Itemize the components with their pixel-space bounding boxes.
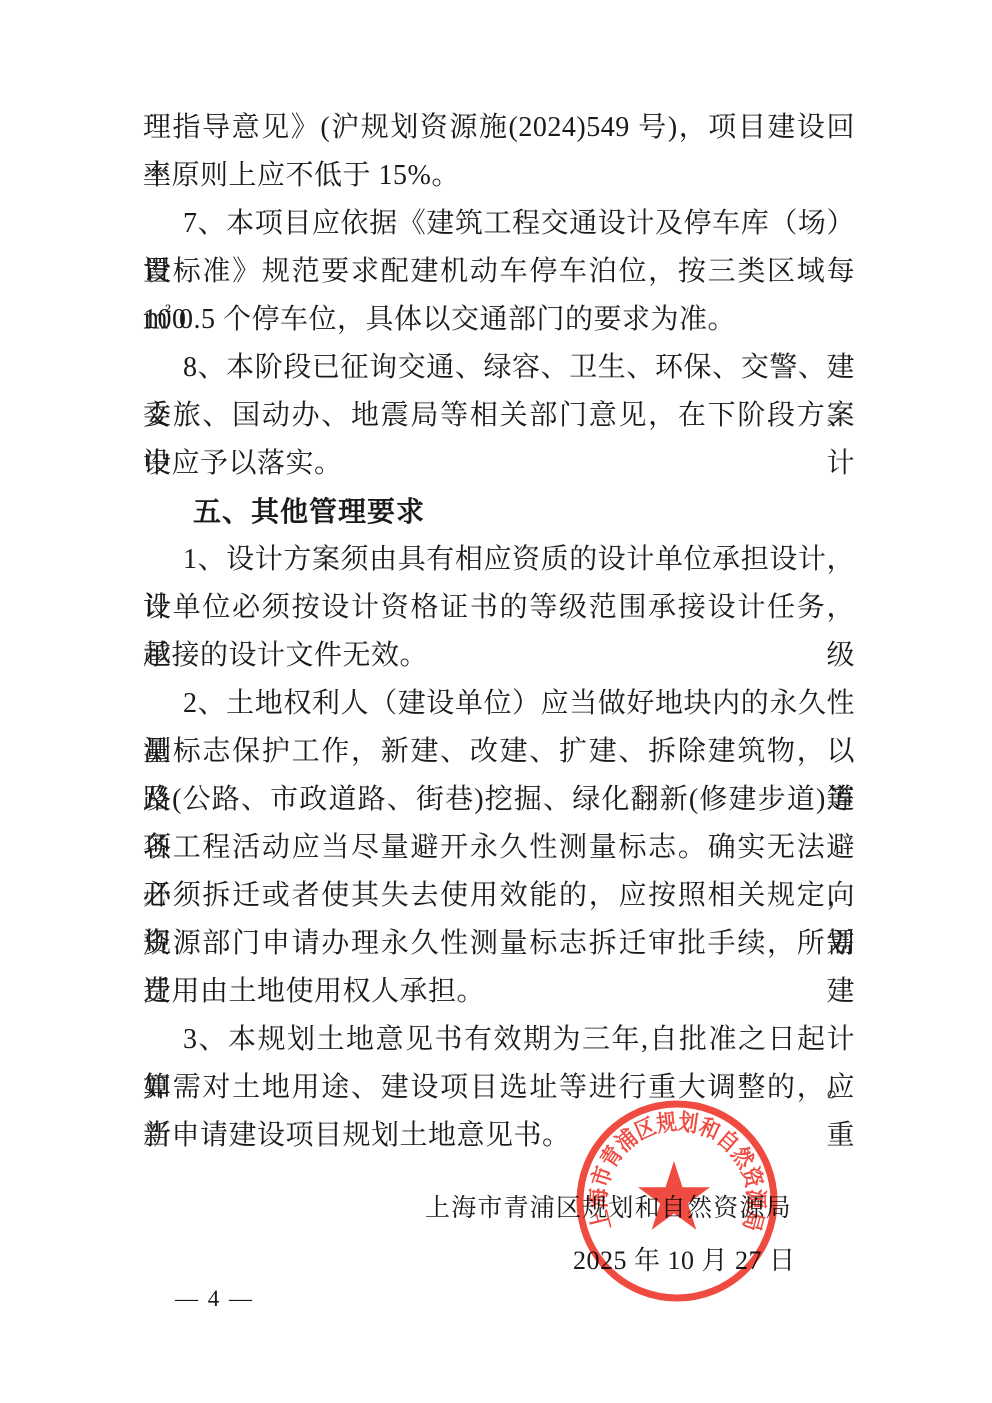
page-number: — 4 —	[175, 1286, 254, 1312]
body-line: 1、设计方案须由具有相应资质的设计单位承担设计，设	[143, 536, 855, 584]
body-line: 资源部门申请办理永久性测量标志拆迁审批手续，所需迁建	[143, 920, 855, 968]
body-line: 7、本项目应依据《建筑工程交通设计及停车库（场）设	[143, 200, 855, 248]
body-line: 计单位必须按设计资格证书的等级范围承接设计任务，越级	[143, 584, 855, 632]
page: { "document": { "lines": [ {"text": "理指导…	[0, 0, 992, 1403]
official-seal: 上海市青浦区规划和自然资源局	[569, 1093, 785, 1309]
body-line: 率原则上应不低于 15%。	[143, 152, 855, 200]
body-line: ㎡ 0.5 个停车位，具体以交通部门的要求为准。	[143, 296, 855, 344]
body-line: 置标准》规范要求配建机动车停车泊位，按三类区域每 100	[143, 248, 855, 296]
star-icon	[638, 1161, 710, 1230]
section-heading: 五、其他管理要求	[143, 488, 855, 536]
body-line: 路(公路、市政道路、街巷)挖掘、绿化翻新(修建步道)等各	[143, 776, 855, 824]
body-line: 3、本规划土地意见书有效期为三年,自批准之日起计算。	[143, 1016, 855, 1064]
body-line: 项工程活动应当尽量避开永久性测量标志。确实无法避开，	[143, 824, 855, 872]
body-line: 8、本阶段已征询交通、绿容、卫生、环保、交警、建委、	[143, 344, 855, 392]
body-line: 量标志保护工作，新建、改建、扩建、拆除建筑物，以及道	[143, 728, 855, 776]
body-line: 必须拆迁或者使其失去使用效能的，应按照相关规定向规划	[143, 872, 855, 920]
body-line: 2、土地权利人（建设单位）应当做好地块内的永久性测	[143, 680, 855, 728]
document-body: 理指导意见》(沪规划资源施(2024)549 号)，项目建设回土 率原则上应不低…	[143, 104, 855, 1160]
body-line: 文旅、国动办、地震局等相关部门意见，在下阶段方案设计	[143, 392, 855, 440]
body-line: 理指导意见》(沪规划资源施(2024)549 号)，项目建设回土	[143, 104, 855, 152]
